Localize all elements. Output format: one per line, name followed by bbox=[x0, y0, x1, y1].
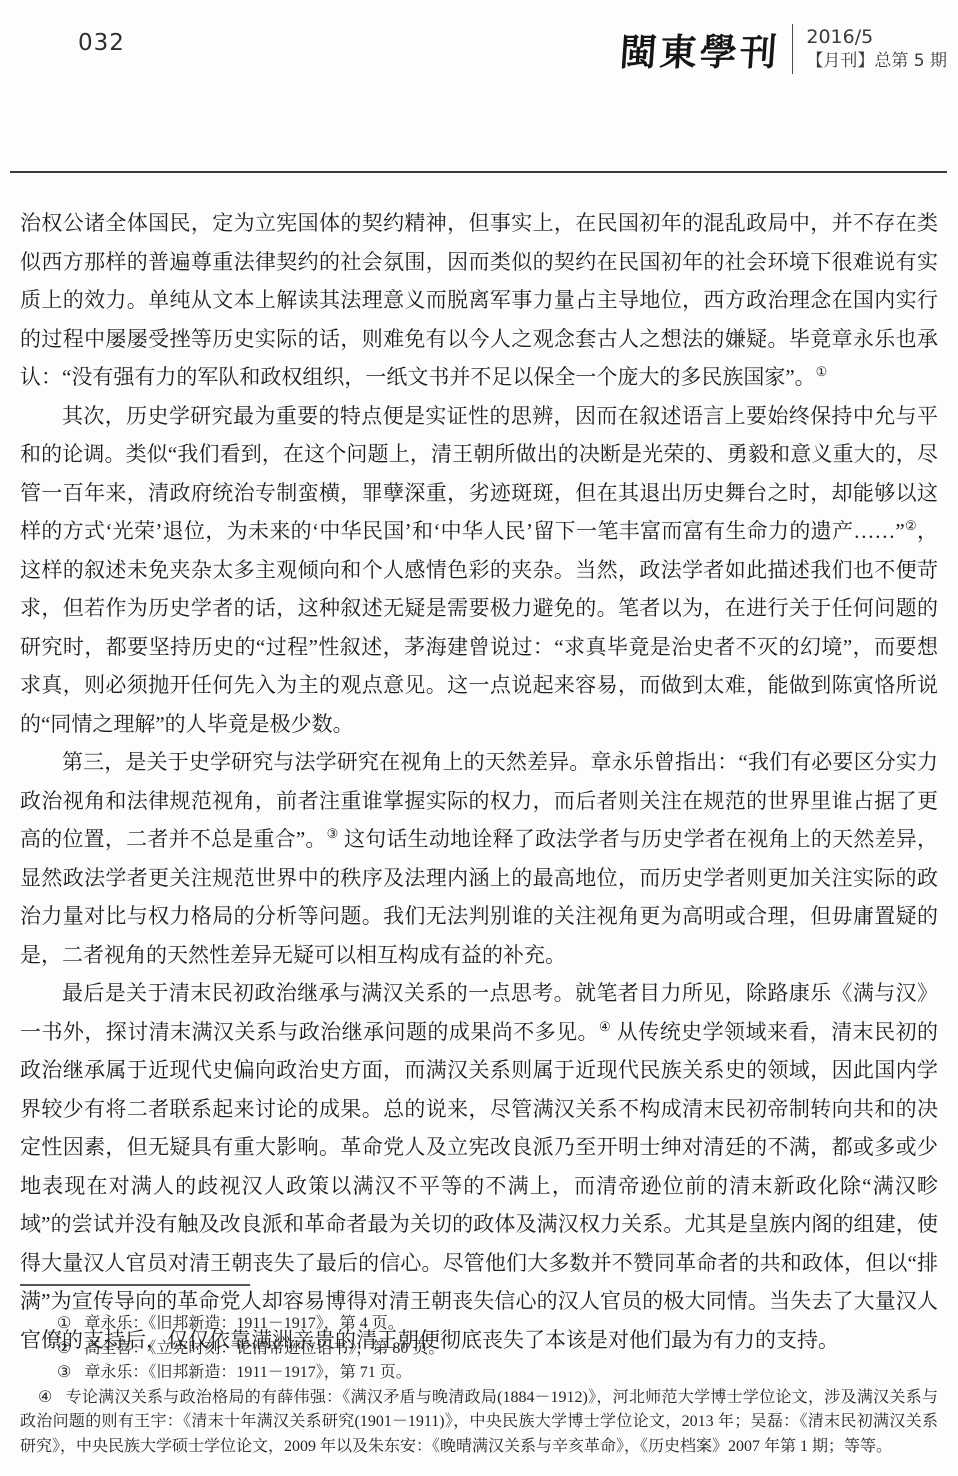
page-number: 032 bbox=[78, 30, 125, 56]
footnote-2-text: 高全喜：《立宪时刻：论清帝逊位诏书》，第 80 页。 bbox=[84, 1340, 444, 1357]
paragraph-3: 第三，是关于史学研究与法学研究在视角上的天然差异。章永乐曾指出：“我们有必要区分… bbox=[20, 743, 938, 974]
footnotes-section: ①章永乐：《旧邦新造：1911－1917》，第 4 页。 ②高全喜：《立宪时刻：… bbox=[20, 1284, 938, 1459]
journal-page: 032 閩東學刊 2016/5 【月刊】总第 5 期 治权公诸全体国民，定为立宪… bbox=[0, 0, 958, 1476]
journal-masthead: 閩東學刊 2016/5 【月刊】总第 5 期 bbox=[620, 22, 947, 76]
paragraph-2: 其次，历史学研究最为重要的特点便是实证性的思辨，因而在叙述语言上要始终保持中允与… bbox=[20, 397, 938, 744]
paragraph-2-tail: ，这样的叙述未免夹杂太多主观倾向和个人感情色彩的夹杂。当然，政法学者如此描述我们… bbox=[20, 519, 938, 736]
issue-number: 2016/5 bbox=[806, 25, 947, 50]
footnote-1: ①章永乐：《旧邦新造：1911－1917》，第 4 页。 bbox=[20, 1312, 938, 1337]
footnote-separator bbox=[20, 1284, 250, 1286]
header-rule bbox=[10, 171, 947, 173]
paragraph-1-text: 治权公诸全体国民，定为立宪国体的契约精神，但事实上，在民国初年的混乱政局中，并不… bbox=[20, 211, 938, 389]
footnote-3-marker: ③ bbox=[57, 1364, 71, 1381]
footnote-2-marker: ② bbox=[57, 1340, 71, 1357]
footnote-1-text: 章永乐：《旧邦新造：1911－1917》，第 4 页。 bbox=[84, 1315, 403, 1332]
footnote-ref-4: ④ bbox=[599, 1019, 611, 1034]
footnote-ref-1: ① bbox=[816, 364, 828, 379]
article-body: 治权公诸全体国民，定为立宪国体的契约精神，但事实上，在民国初年的混乱政局中，并不… bbox=[20, 204, 938, 1359]
issue-label: 【月刊】总第 5 期 bbox=[806, 50, 947, 73]
footnote-4: ④专论满汉关系与政治格局的有薛伟强：《满汉矛盾与晚清政局(1884－1912)》… bbox=[20, 1386, 938, 1460]
footnote-2: ②高全喜：《立宪时刻：论清帝逊位诏书》，第 80 页。 bbox=[20, 1337, 938, 1362]
footnote-4-text: 专论满汉关系与政治格局的有薛伟强：《满汉矛盾与晚清政局(1884－1912)》，… bbox=[20, 1389, 938, 1455]
paragraph-1: 治权公诸全体国民，定为立宪国体的契约精神，但事实上，在民国初年的混乱政局中，并不… bbox=[20, 204, 938, 397]
paragraph-2-text: 其次，历史学研究最为重要的特点便是实证性的思辨，因而在叙述语言上要始终保持中允与… bbox=[20, 404, 938, 544]
masthead-divider bbox=[792, 24, 793, 74]
footnote-4-marker: ④ bbox=[38, 1389, 53, 1406]
footnote-3-text: 章永乐：《旧邦新造：1911－1917》，第 71 页。 bbox=[84, 1364, 411, 1381]
journal-logo: 閩東學刊 bbox=[618, 22, 782, 76]
footnote-ref-3: ③ bbox=[327, 826, 339, 841]
footnote-3: ③章永乐：《旧邦新造：1911－1917》，第 71 页。 bbox=[20, 1361, 938, 1386]
footnote-1-marker: ① bbox=[57, 1315, 71, 1332]
footnote-ref-2: ② bbox=[905, 518, 917, 533]
issue-info: 2016/5 【月刊】总第 5 期 bbox=[806, 25, 947, 73]
